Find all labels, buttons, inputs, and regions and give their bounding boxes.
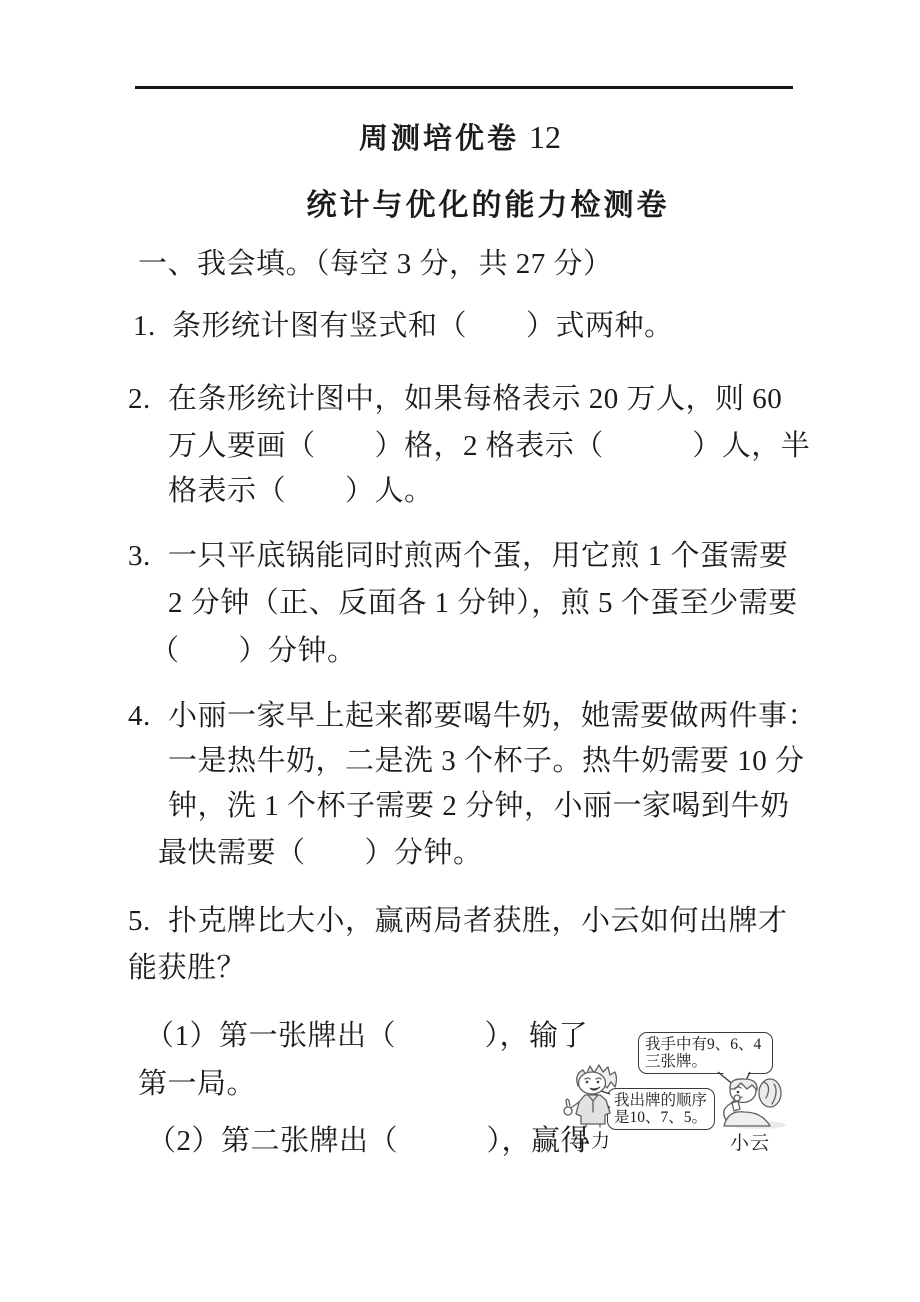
page-subtitle: 统计与优化的能力检测卷 (28, 180, 920, 224)
question-5-part-1-line-2: 第一局。 (138, 1066, 256, 1102)
question-5-part-2-line-1: （2）第二张牌出（ ），赢得 (147, 1123, 590, 1159)
question-3-line-3: （ ）分钟。 (150, 633, 357, 669)
question-2-line-3: 格表示（ ）人。 (168, 473, 434, 509)
girl-character-icon (724, 1079, 786, 1129)
question-5-line-1: 5.扑克牌比大小，赢两局者获胜，小云如何出牌才 (128, 903, 788, 939)
question-3-line-2: 2 分钟（正、反面各 1 分钟），煎 5 个蛋至少需要 (168, 585, 798, 621)
question-1-number: 1. (133, 308, 172, 344)
question-3-line-1: 3.一只平底锅能同时煎两个蛋，用它煎 1 个蛋需要 (128, 538, 789, 574)
title-number: 12 (529, 119, 561, 155)
girl-bubble-line-1: 我手中有9、6、4 (645, 1036, 766, 1053)
girl-name-label: 小云 (722, 1128, 778, 1155)
question-2-text: 在条形统计图中，如果每格表示 20 万人，则 60 (168, 383, 782, 415)
question-5-text: 扑克牌比大小，赢两局者获胜，小云如何出牌才 (168, 905, 788, 937)
question-2-line-1: 2.在条形统计图中，如果每格表示 20 万人，则 60 (128, 381, 782, 417)
question-4-number: 4. (128, 698, 168, 734)
worksheet-page: 周测培优卷12 统计与优化的能力检测卷 一、我会填。（每空 3 分，共 27 分… (0, 0, 920, 1302)
question-4-line-4: 最快需要（ ）分钟。 (158, 835, 483, 871)
question-4-line-3: 钟，洗 1 个杯子需要 2 分钟，小丽一家喝到牛奶 (168, 788, 790, 824)
boy-name-label: 小力 (563, 1126, 619, 1153)
title-text: 周测培优卷 (359, 123, 519, 155)
girl-bubble-line-2: 三张牌。 (645, 1053, 766, 1070)
question-1-line-1: 1.条形统计图有竖式和（ ）式两种。 (133, 308, 674, 344)
question-2-number: 2. (128, 381, 168, 417)
question-4-line-1: 4.小丽一家早上起来都要喝牛奶，她需要做两件事： (128, 698, 817, 734)
page-title: 周测培优卷12 (0, 116, 920, 157)
question-5-line-2: 能获胜？ (128, 950, 246, 986)
question-3-text: 一只平底锅能同时煎两个蛋，用它煎 1 个蛋需要 (168, 540, 789, 572)
boy-bubble-line-2: 是10、7、5。 (614, 1109, 708, 1126)
girl-speech-bubble: 我手中有9、6、4 三张牌。 (638, 1032, 773, 1074)
question-4-text: 小丽一家早上起来都要喝牛奶，她需要做两件事： (168, 700, 817, 732)
question-2-line-2: 万人要画（ ）格，2 格表示（ ）人，半 (168, 428, 810, 464)
question-3-number: 3. (128, 538, 168, 574)
question-5-number: 5. (128, 903, 168, 939)
boy-bubble-line-1: 我出牌的顺序 (614, 1092, 708, 1109)
question-5-part-1-line-1: （1）第一张牌出（ ），输了 (145, 1018, 588, 1054)
section-heading: 一、我会填。（每空 3 分，共 27 分） (138, 246, 613, 282)
question-1-text: 条形统计图有竖式和（ ）式两种。 (172, 310, 674, 342)
top-rule (135, 86, 793, 89)
boy-speech-bubble: 我出牌的顺序 是10、7、5。 (607, 1088, 715, 1130)
question-4-line-2: 一是热牛奶，二是洗 3 个杯子。热牛奶需要 10 分 (168, 743, 805, 779)
